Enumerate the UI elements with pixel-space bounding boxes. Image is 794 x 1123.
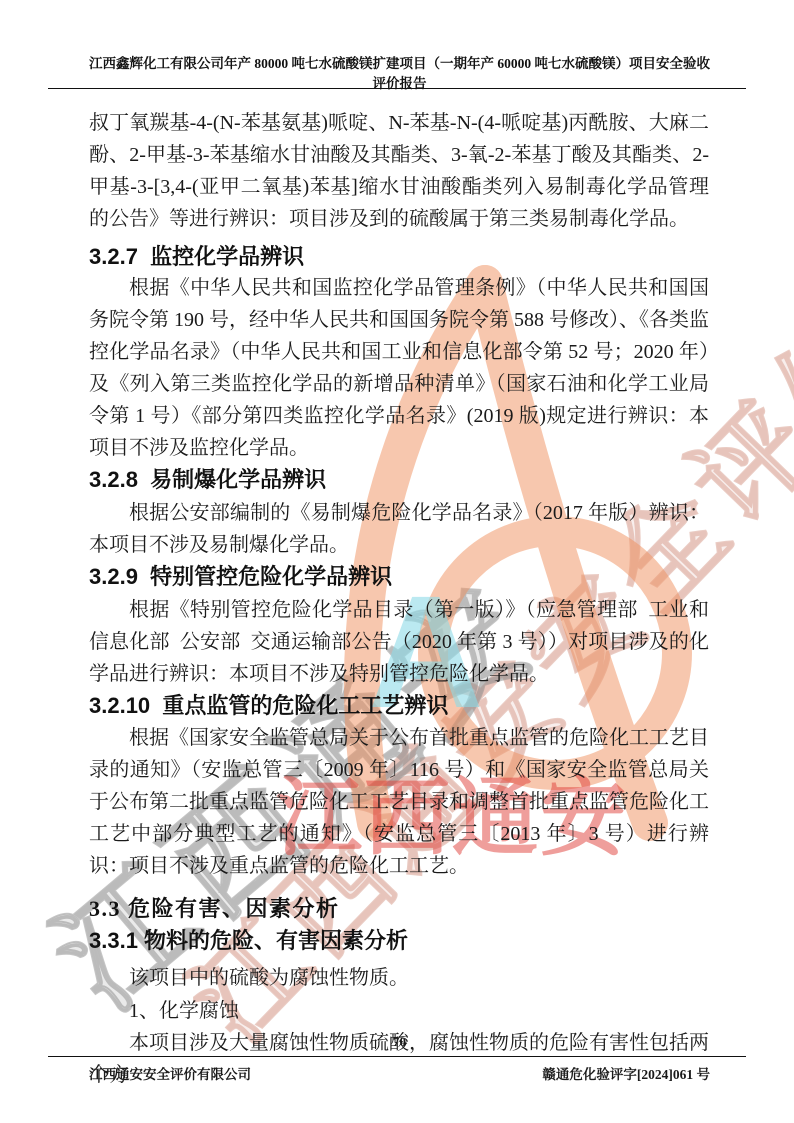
- footer-rule: [48, 1056, 746, 1057]
- page-footer: 江西通安安全评价有限公司 赣通危化验评字[2024]061 号: [89, 1063, 710, 1083]
- section-heading-3-2-10: 3.2.10 重点监管的危险化工工艺辨识: [89, 691, 709, 721]
- section-heading-3-2-9: 3.2.9 特别管控危险化学品辨识: [89, 562, 709, 592]
- paragraph-3-2-10: 根据《国家安全监管总局关于公布首批重点监管的危险化工工艺目录的通知》（安监总管三…: [89, 722, 709, 882]
- paragraph-3-3-1-intro: 该项目中的硫酸为腐蚀性物质。: [89, 962, 709, 994]
- footer-company-name: 江西通安安全评价有限公司: [89, 1063, 251, 1083]
- paragraph-3-2-9: 根据《特别管控危险化学品目录（第一版）》（应急管理部 工业和信息化部 公安部 交…: [89, 594, 709, 690]
- paragraph-continuation: 叔丁氧羰基-4-(N-苯基氨基)哌啶、N-苯基-N-(4-哌啶基)丙酰胺、大麻二…: [89, 107, 709, 235]
- section-heading-3-3: 3.3 危险有害、因素分析: [89, 894, 709, 924]
- section-heading-3-2-8: 3.2.8 易制爆化学品辨识: [89, 465, 709, 495]
- paragraph-3-2-8: 根据公安部编制的《易制爆危险化学品名录》（2017 年版）辨识：本项目不涉及易制…: [89, 497, 709, 561]
- footer-document-number: 赣通危化验评字[2024]061 号: [542, 1063, 710, 1083]
- page-number: 70: [89, 1034, 710, 1050]
- section-heading-3-2-7: 3.2.7 监控化学品辨识: [89, 242, 709, 272]
- paragraph-3-3-1-item-1: 1、化学腐蚀: [89, 995, 709, 1027]
- paragraph-3-2-7: 根据《中华人民共和国监控化学品管理条例》（中华人民共和国国务院令第 190 号，…: [89, 272, 709, 464]
- document-body: 叔丁氧羰基-4-(N-苯基氨基)哌啶、N-苯基-N-(4-哌啶基)丙酰胺、大麻二…: [89, 88, 709, 1091]
- document-page: 江西通安安全评价有限公司 江西通安 A 江西通安 江西鑫辉化工有限公司年产 80…: [0, 0, 794, 1123]
- section-heading-3-3-1: 3.3.1 物料的危险、有害因素分析: [89, 926, 709, 956]
